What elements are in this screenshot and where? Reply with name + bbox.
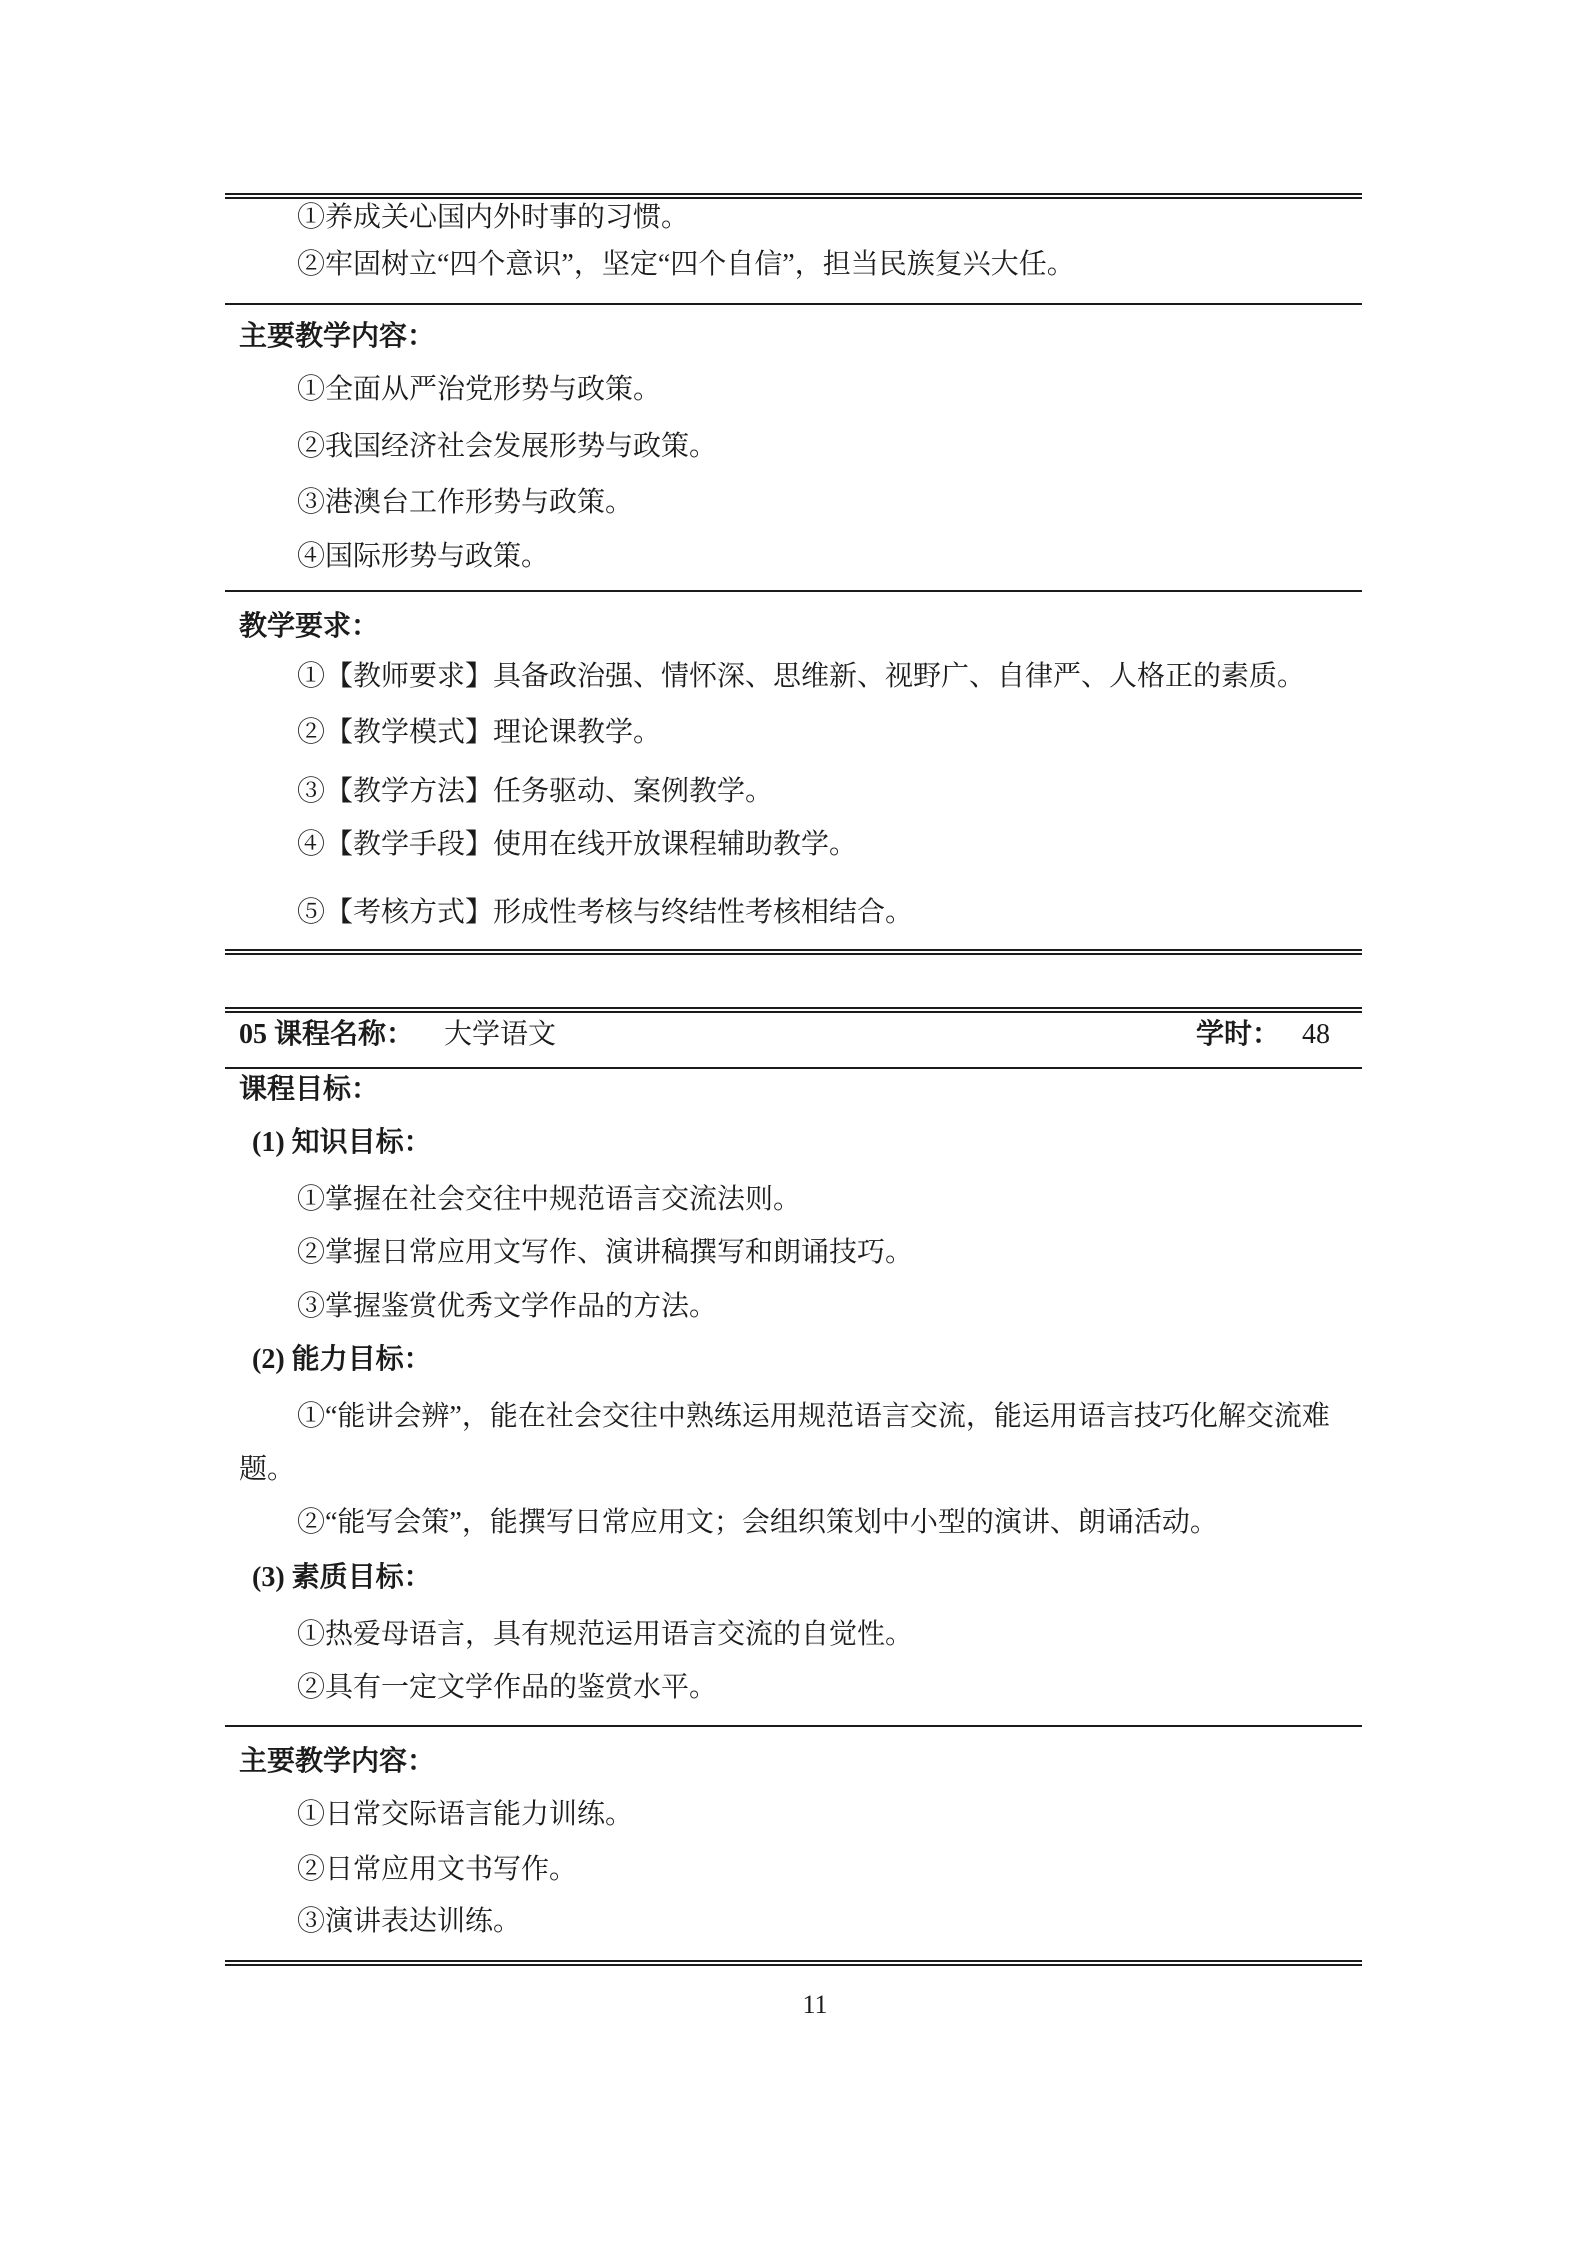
teaching-requirement-item: ③【教学方法】任务驱动、案例教学。 [225, 767, 1362, 817]
course-title: 05 课程名称：大学语文 [239, 1010, 556, 1060]
objective-item: ②牢固树立“四个意识”，坚定“四个自信”，担当民族复兴大任。 [225, 240, 1362, 290]
course-name: 大学语文 [444, 1019, 556, 1050]
course-hours-value: 48 [1302, 1019, 1330, 1050]
teaching-requirement-item: ②【教学模式】理论课教学。 [225, 708, 1362, 758]
document-page: ①养成关心国内外时事的习惯。 ②牢固树立“四个意识”，坚定“四个自信”，担当民族… [0, 0, 1587, 2245]
quality-objectives-heading: (3) 素质目标： [225, 1553, 1362, 1603]
page-number: 11 [760, 1980, 870, 2030]
course-header-row: 05 课程名称：大学语文 学时：48 [225, 1010, 1362, 1060]
horizontal-rule [225, 1725, 1362, 1727]
teaching-requirement-item: ⑤【考核方式】形成性考核与终结性考核相结合。 [225, 888, 1362, 938]
teaching-requirement-item: ①【教师要求】具备政治强、情怀深、思维新、视野广、自律严、人格正的素质。 [225, 652, 1362, 702]
course-objectives-heading: 课程目标： [225, 1065, 1362, 1115]
ability-objectives-heading: (2) 能力目标： [225, 1335, 1362, 1385]
course-hours-label: 学时： [1196, 1019, 1280, 1050]
section-bottom-rule [225, 949, 1362, 955]
teaching-content-item: ③港澳台工作形势与政策。 [225, 478, 1362, 528]
quality-objective-item: ①热爱母语言，具有规范运用语言交流的自觉性。 [225, 1610, 1362, 1660]
quality-objective-item: ②具有一定文学作品的鉴赏水平。 [225, 1663, 1362, 1713]
horizontal-rule [225, 303, 1362, 305]
horizontal-rule [225, 590, 1362, 592]
course-hours: 学时：48 [1196, 1010, 1330, 1060]
teaching-content-heading: 主要教学内容： [225, 1737, 1362, 1787]
teaching-requirements-heading: 教学要求： [225, 602, 1362, 652]
teaching-content-heading: 主要教学内容： [225, 312, 1362, 362]
ability-objective-item: ①“能讲会辨”，能在社会交往中熟练运用规范语言交流，能运用语言技巧化解交流难 [225, 1392, 1362, 1442]
course-number-label: 05 课程名称： [239, 1019, 414, 1050]
teaching-content-item: ②日常应用文书写作。 [225, 1845, 1362, 1895]
objective-item: ①养成关心国内外时事的习惯。 [225, 193, 1362, 243]
ability-objective-item-continuation: 题。 [225, 1445, 1362, 1495]
teaching-content-item: ③演讲表达训练。 [225, 1897, 1362, 1947]
teaching-content-item: ④国际形势与政策。 [225, 532, 1362, 582]
section-bottom-rule [225, 1960, 1362, 1966]
teaching-content-item: ①全面从严治党形势与政策。 [225, 365, 1362, 415]
teaching-content-item: ①日常交际语言能力训练。 [225, 1790, 1362, 1840]
ability-objective-item: ②“能写会策”，能撰写日常应用文；会组织策划中小型的演讲、朗诵活动。 [225, 1498, 1362, 1548]
knowledge-objective-item: ③掌握鉴赏优秀文学作品的方法。 [225, 1282, 1362, 1332]
knowledge-objective-item: ②掌握日常应用文写作、演讲稿撰写和朗诵技巧。 [225, 1228, 1362, 1278]
teaching-content-item: ②我国经济社会发展形势与政策。 [225, 422, 1362, 472]
knowledge-objective-item: ①掌握在社会交往中规范语言交流法则。 [225, 1175, 1362, 1225]
teaching-requirement-item: ④【教学手段】使用在线开放课程辅助教学。 [225, 820, 1362, 870]
knowledge-objectives-heading: (1) 知识目标： [225, 1118, 1362, 1168]
